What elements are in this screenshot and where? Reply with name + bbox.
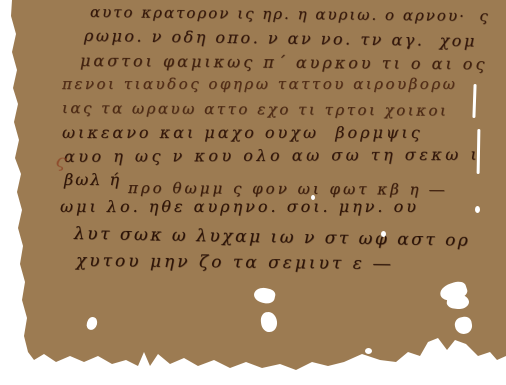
handwritten-text-line: αυο η ως ν κου ολο αω σω τη σεκω ι: [64, 145, 480, 166]
handwritten-text-line: μαστοι φαμικως π΄ αυρκου τι ο αι ος: [80, 51, 488, 74]
handwritten-text-line: ωικεανο και μαχο ουχω βορμψις: [62, 123, 423, 142]
handwritten-text-line: αυτο κρατορον ις ηρ. η αυριω. ο αρνου· ς: [90, 3, 490, 25]
surface-scratch: [477, 129, 481, 174]
handwritten-text-line: ωμι λο. ηθε αυρηνο. σοι. μην. ου: [60, 197, 419, 216]
handwritten-text-line: προ θωμμ ς φον ωι φωτ κβ η ―: [128, 179, 447, 199]
papyrus-damage-hole: [85, 316, 98, 331]
handwritten-text-line: χυτου μην ζο τα σεμιυτ ε ―: [76, 251, 393, 274]
papyrus-damage-hole: [446, 293, 470, 311]
surface-scratch: [472, 84, 476, 118]
papyrus-damage-hole: [365, 348, 372, 354]
handwritten-text-line: βωλ ή: [64, 170, 121, 189]
handwritten-text-line: ρωμο. ν οδη οπο. ν αν νο. τν αγ. χομ: [84, 26, 477, 50]
papyrus-damage-hole: [253, 286, 277, 305]
papyrus-sheet: αυτο κρατορον ις ηρ. η αυριω. ο αρνου· ς…: [0, 0, 506, 378]
handwritten-text-line: ιας τα ωραυω αττο εχο τι τρτοι χοικοι: [62, 99, 449, 120]
papyrus-damage-hole: [454, 316, 474, 336]
papyrus-damage-hole: [260, 311, 278, 333]
photo-frame: αυτο κρατορον ις ηρ. η αυριω. ο αρνου· ς…: [0, 0, 506, 385]
handwritten-text-line: λυτ σωκ ω λυχαμ ιω ν στ ωφ αστ ορ: [74, 224, 471, 251]
handwritten-text-line: πενοι τιαυδος οφηρω ταττου αιρουβορω: [62, 75, 457, 93]
papyrus-damage-hole: [381, 231, 386, 237]
papyrus-damage-hole: [475, 206, 480, 213]
papyrus-damage-hole: [311, 195, 315, 200]
